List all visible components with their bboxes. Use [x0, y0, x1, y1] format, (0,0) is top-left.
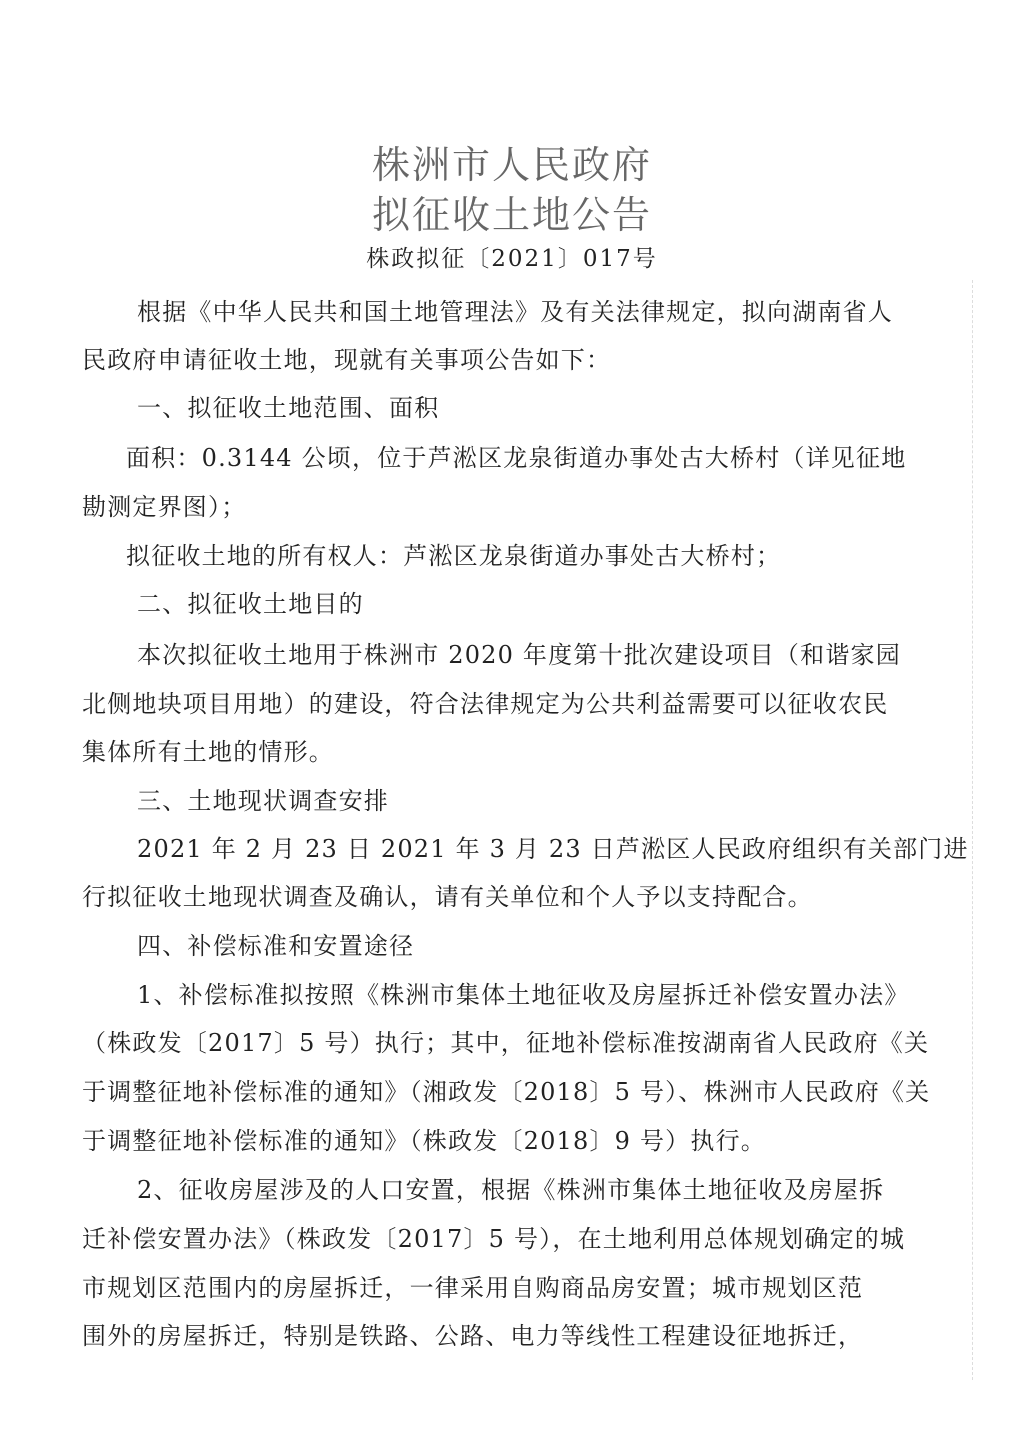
paragraph-line: 行拟征收土地现状调查及确认，请有关单位和个人予以支持配合。: [82, 877, 813, 912]
paragraph-line: 市规划区范围内的房屋拆迁，一律采用自购商品房安置；城市规划区范: [82, 1268, 863, 1303]
section-heading: 一、拟征收土地范围、面积: [137, 388, 439, 423]
paragraph-line: 于调整征地补偿标准的通知》（株政发〔2018〕9 号）执行。: [82, 1121, 766, 1156]
paragraph-line: （株政发〔2017〕5 号）执行；其中，征地补偿标准按湖南省人民政府《关: [82, 1023, 929, 1058]
paragraph-line: 本次拟征收土地用于株洲市 2020 年度第十批次建设项目（和谐家园: [137, 635, 901, 670]
document-title-line2: 拟征收土地公告: [0, 184, 1024, 239]
paragraph-line: 围外的房屋拆迁，特别是铁路、公路、电力等线性工程建设征地拆迁，: [82, 1316, 863, 1351]
document-number: 株政拟征〔2021〕017号: [0, 240, 1024, 273]
paragraph-line: 2021 年 2 月 23 日 2021 年 3 月 23 日芦淞区人民政府组织…: [137, 829, 969, 864]
paragraph-line: 面积：0.3144 公顷，位于芦淞区龙泉街道办事处古大桥村（详见征地: [126, 438, 906, 473]
section-heading: 二、拟征收土地目的: [137, 584, 364, 619]
paragraph-line: 1、补偿标准拟按照《株洲市集体土地征收及房屋拆迁补偿安置办法》: [137, 975, 909, 1010]
paragraph-line: 民政府申请征收土地，现就有关事项公告如下：: [82, 340, 611, 375]
document-title-line1: 株洲市人民政府: [0, 134, 1024, 189]
paragraph-line: 迁补偿安置办法》（株政发〔2017〕5 号），在土地利用总体规划确定的城: [82, 1219, 905, 1254]
paragraph-line: 集体所有土地的情形。: [82, 732, 334, 767]
paragraph-line: 2、征收房屋涉及的人口安置，根据《株洲市集体土地征收及房屋拆: [137, 1170, 884, 1205]
paragraph-line: 拟征收土地的所有权人：芦淞区龙泉街道办事处古大桥村；: [126, 536, 781, 571]
paragraph-line: 勘测定界图）；: [82, 487, 246, 522]
paragraph-line: 于调整征地补偿标准的通知》（湘政发〔2018〕5 号）、株洲市人民政府《关: [82, 1072, 930, 1107]
paragraph-line: 根据《中华人民共和国土地管理法》及有关法律规定，拟向湖南省人: [137, 292, 893, 327]
section-heading: 三、土地现状调查安排: [137, 781, 389, 816]
section-heading: 四、补偿标准和安置途径: [137, 926, 414, 961]
scan-artifact-line: [972, 280, 974, 1380]
document-page: 株洲市人民政府 拟征收土地公告 株政拟征〔2021〕017号 根据《中华人民共和…: [0, 0, 1024, 1448]
paragraph-line: 北侧地块项目用地）的建设，符合法律规定为公共利益需要可以征收农民: [82, 684, 888, 719]
